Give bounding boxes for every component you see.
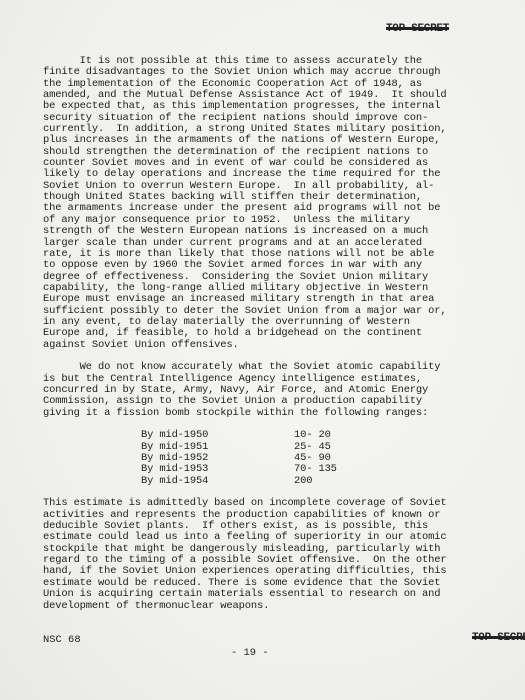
period-cell: By mid-1954 <box>141 476 294 487</box>
document-id: NSC 68 <box>43 634 81 646</box>
page-number: - 19 - <box>231 647 269 659</box>
paragraph-estimate-caveat: This estimate is admittedly based on inc… <box>43 498 513 611</box>
table-row: By mid-195370- 135 <box>43 464 513 475</box>
text-line: to oppose even by 1960 the Soviet armed … <box>43 260 513 271</box>
text-line: strength of the Western European nations… <box>43 226 513 237</box>
classification-marking-bottom: TOP SECRET <box>472 632 525 644</box>
table-row: By mid-1954200 <box>43 476 513 487</box>
table-row: By mid-195125- 45 <box>43 442 513 453</box>
table-row: By mid-195010- 20 <box>43 430 513 441</box>
table-row: By mid-195245- 90 <box>43 453 513 464</box>
range-cell: 200 <box>294 476 312 487</box>
document-page: TOP SECRET It is not possible at this ti… <box>0 0 525 700</box>
paragraph-soviet-atomic-capability: We do not know accurately what the Sovie… <box>43 362 513 419</box>
text-line: development of thermonuclear weapons. <box>43 601 513 612</box>
text-line: We do not know accurately what the Sovie… <box>43 362 513 373</box>
text-line: against Soviet Union offensives. <box>43 340 513 351</box>
text-line: giving it a fission bomb stockpile withi… <box>43 408 513 419</box>
text-line: Europe and, if feasible, to hold a bridg… <box>43 328 513 339</box>
text-line: Union is acquiring certain materials ess… <box>43 589 513 600</box>
stockpile-estimate-table: By mid-195010- 20By mid-195125- 45By mid… <box>43 430 513 487</box>
text-line: Europe must envisage an increased milita… <box>43 294 513 305</box>
document-body: It is not possible at this time to asses… <box>43 56 513 612</box>
paragraph-western-europe: It is not possible at this time to asses… <box>43 56 513 351</box>
classification-marking-top: TOP SECRET <box>386 23 449 35</box>
period-cell: By mid-1950 <box>141 430 294 441</box>
text-line: Commission, assign to the Soviet Union a… <box>43 396 513 407</box>
range-cell: 10- 20 <box>294 430 331 441</box>
text-line: finite disadvantages to the Soviet Union… <box>43 67 513 78</box>
